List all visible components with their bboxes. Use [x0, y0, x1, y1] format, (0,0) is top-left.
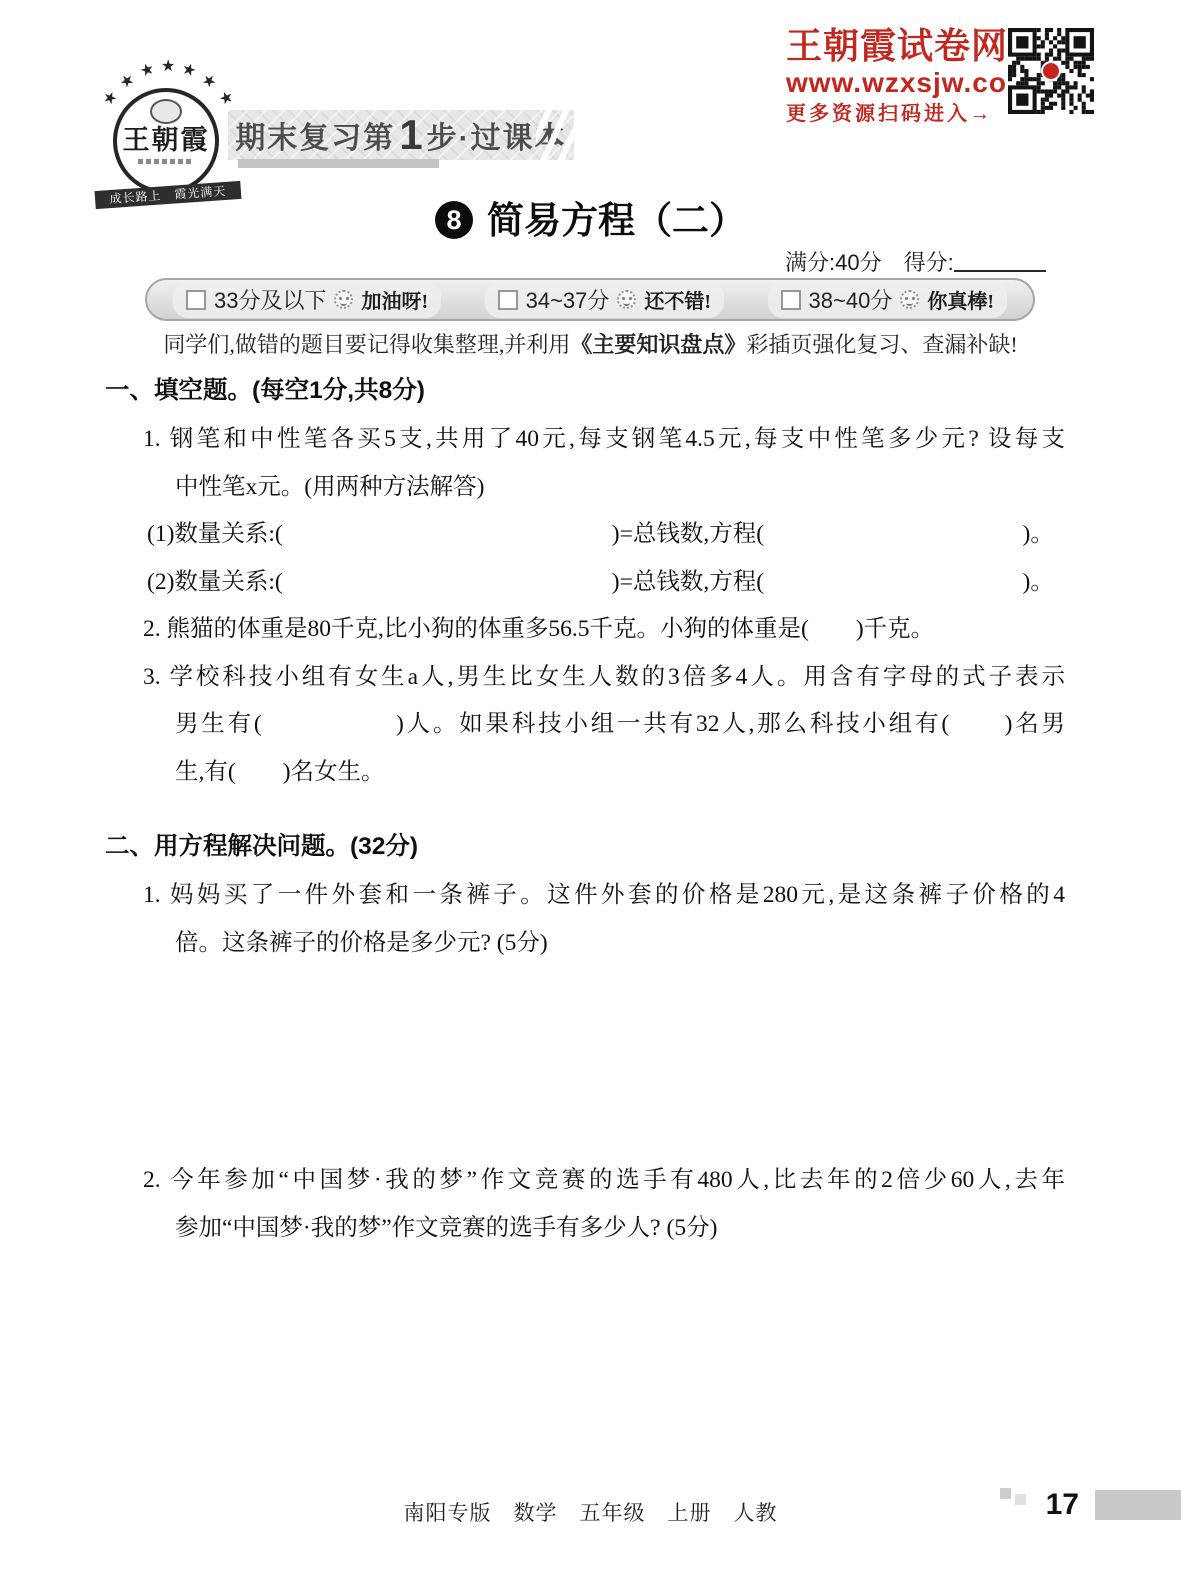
range-label: 38~40分: [809, 284, 893, 315]
brand-site-name: 王朝霞试卷网: [786, 26, 1004, 66]
star-icon: ★: [137, 58, 157, 81]
publisher-badge: ★ ★ ★ ★ ★ ★ ★ 王朝霞 成长路上 霞光满天: [103, 58, 233, 206]
fill-blank-line: (1)数量关系:( )=总钱数,方程( )。: [105, 511, 1065, 559]
star-icon: ★: [116, 69, 139, 94]
self-evaluation-bar: 33分及以下 加油呀! 34~37分 还不错! 38~40分 你真棒!: [145, 278, 1035, 321]
full-score-label: 满分:40分: [785, 250, 882, 275]
face-icon: [617, 290, 636, 309]
question-content: 一、填空题。(每空1分,共8分) 1. 钢笔和中性笔各买5支,共用了40元,每支…: [105, 366, 1065, 1252]
section1-heading: 一、填空题。(每空1分,共8分): [105, 366, 1065, 416]
question-line: 中性笔x元。(用两种方法解答): [105, 464, 1065, 512]
qr-code: [1008, 28, 1094, 114]
decor-square: [1015, 1494, 1026, 1505]
banner-step-number: 1: [399, 115, 422, 155]
question-line: 2. 今年参加“中国梦·我的梦”作文竞赛的选手有480人,比去年的2倍少60人,…: [105, 1157, 1065, 1205]
question-line: 1. 妈妈买了一件外套和一条裤子。这件外套的价格是280元,是这条裤子价格的4: [105, 872, 1065, 920]
eval-segment-mid: 34~37分 还不错!: [485, 281, 724, 318]
eval-segment-high: 38~40分 你真棒!: [768, 281, 1007, 318]
note-highlight: 《主要知识盘点》: [570, 332, 746, 357]
question-line: 生,有( )名女生。: [105, 749, 1065, 797]
face-icon: [900, 290, 919, 309]
star-icon: ★: [161, 56, 175, 76]
question-line: 2. 熊猫的体重是80千克,比小狗的体重多56.5千克。小狗的体重是( )千克。: [105, 606, 1065, 654]
page-number-block: 17: [1000, 1488, 1181, 1522]
checkbox-low[interactable]: [186, 290, 206, 310]
header-banner: 期末复习第 1 步·过课本: [228, 110, 574, 160]
badge-name: 王朝霞: [117, 125, 215, 155]
praise-label: 加油呀!: [361, 285, 428, 314]
score-line: 满分:40分得分:: [785, 246, 1046, 277]
question-line: 参加“中国梦·我的梦”作文竞赛的选手有多少人? (5分): [105, 1205, 1065, 1253]
star-icon: ★: [198, 69, 221, 94]
checkbox-mid[interactable]: [498, 290, 518, 310]
fill-blank-line: (2)数量关系:( )=总钱数,方程( )。: [105, 559, 1065, 607]
question-line: 1. 钢笔和中性笔各买5支,共用了40元,每支钢笔4.5元,每支中性笔多少元? …: [105, 416, 1065, 464]
star-icon: ★: [214, 86, 239, 110]
paper-title-row: 8简易方程（二）: [0, 190, 1181, 244]
brand-site-url: www.wzxsjw.com: [786, 66, 1004, 100]
paper-title: 简易方程（二）: [487, 200, 746, 241]
badge-circle: 王朝霞: [113, 88, 219, 194]
working-space: [105, 967, 1065, 1157]
section2-heading: 二、用方程解决问题。(32分): [105, 822, 1065, 872]
page-number: 17: [1030, 1488, 1095, 1522]
brand-block: 王朝霞试卷网 www.wzxsjw.com 更多资源扫码进入→: [786, 26, 1004, 128]
eval-segment-low: 33分及以下 加油呀!: [173, 281, 441, 318]
qr-center-logo: [1041, 61, 1061, 81]
banner-text-pre: 期末复习第: [235, 113, 395, 157]
footer-bar-decor: [1095, 1490, 1181, 1520]
star-icon: ★: [98, 86, 123, 110]
brand-tagline: 更多资源扫码进入→: [786, 100, 1004, 128]
range-label: 34~37分: [526, 284, 610, 315]
score-blank: [954, 252, 1046, 272]
advice-note: 同学们,做错的题目要记得收集整理,并利用《主要知识盘点》彩插页强化复习、查漏补缺…: [0, 328, 1181, 359]
score-label: 得分:: [904, 250, 954, 275]
question-line: 男生有( )人。如果科技小组一共有32人,那么科技小组有( )名男: [105, 701, 1065, 749]
star-icon: ★: [179, 58, 199, 81]
question-line: 3. 学校科技小组有女生a人,男生比女生人数的3倍多4人。用含有字母的式子表示: [105, 654, 1065, 702]
worksheet-page: ★ ★ ★ ★ ★ ★ ★ 王朝霞 成长路上 霞光满天 期末复习第 1 步·过课…: [0, 0, 1181, 1582]
question-line: 倍。这条裤子的价格是多少元? (5分): [105, 920, 1065, 968]
praise-label: 你真棒!: [927, 285, 994, 314]
checkbox-high[interactable]: [781, 290, 801, 310]
face-icon: [334, 290, 353, 309]
unit-number-badge: 8: [435, 201, 473, 239]
banner-slashes-decor: [536, 107, 588, 163]
portrait-icon: [150, 99, 182, 124]
range-label: 33分及以下: [214, 284, 326, 315]
note-post: 彩插页强化复习、查漏补缺!: [746, 332, 1017, 357]
note-pre: 同学们,做错的题目要记得收集整理,并利用: [163, 332, 570, 357]
badge-motto-marks: [138, 159, 194, 164]
decor-square: [1000, 1488, 1011, 1499]
praise-label: 还不错!: [644, 285, 711, 314]
